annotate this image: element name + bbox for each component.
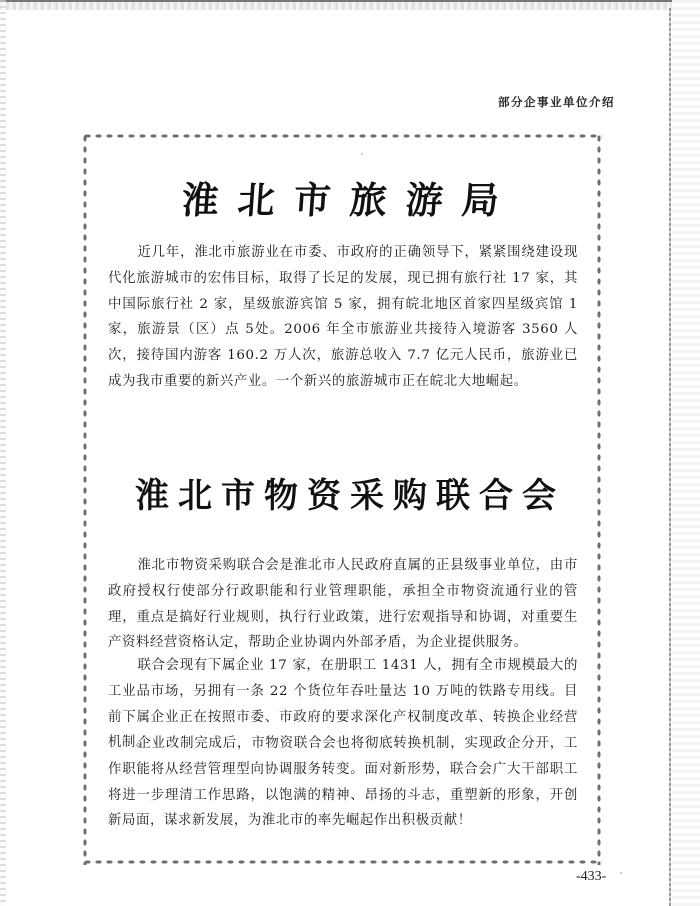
federation-paragraph-1: 淮北市物资采购联合会是淮北市人民政府直属的正县级事业单位，由市政府授权行使部分行… [108,553,578,656]
scan-speck [232,240,234,242]
section-title-tourism-bureau: 淮北市旅游局 [0,170,700,224]
rope-border-top [82,133,602,139]
scan-edge-right [669,8,671,906]
section-title-materials-federation: 淮北市物资采购联合会 [0,468,700,517]
page-number: -433- [576,869,606,885]
federation-paragraph-3: 企业改制完成后，市物资联合会也将彻底转换机制，实现政企分开，工作职能将从经营管理… [108,731,578,834]
rope-border-bottom [82,859,602,865]
scan-margin-right [672,0,700,906]
scan-speck [317,556,319,558]
scan-speck [361,153,363,155]
scan-edge-top [0,0,700,10]
running-head: 部分企事业单位介绍 [498,94,615,110]
scan-speck [620,872,622,874]
scan-edge-left [0,0,6,906]
tourism-paragraph: 近几年，淮北市旅游业在市委、市政府的正确领导下，紧紧围绕建设现代化旅游城市的宏伟… [108,240,578,395]
